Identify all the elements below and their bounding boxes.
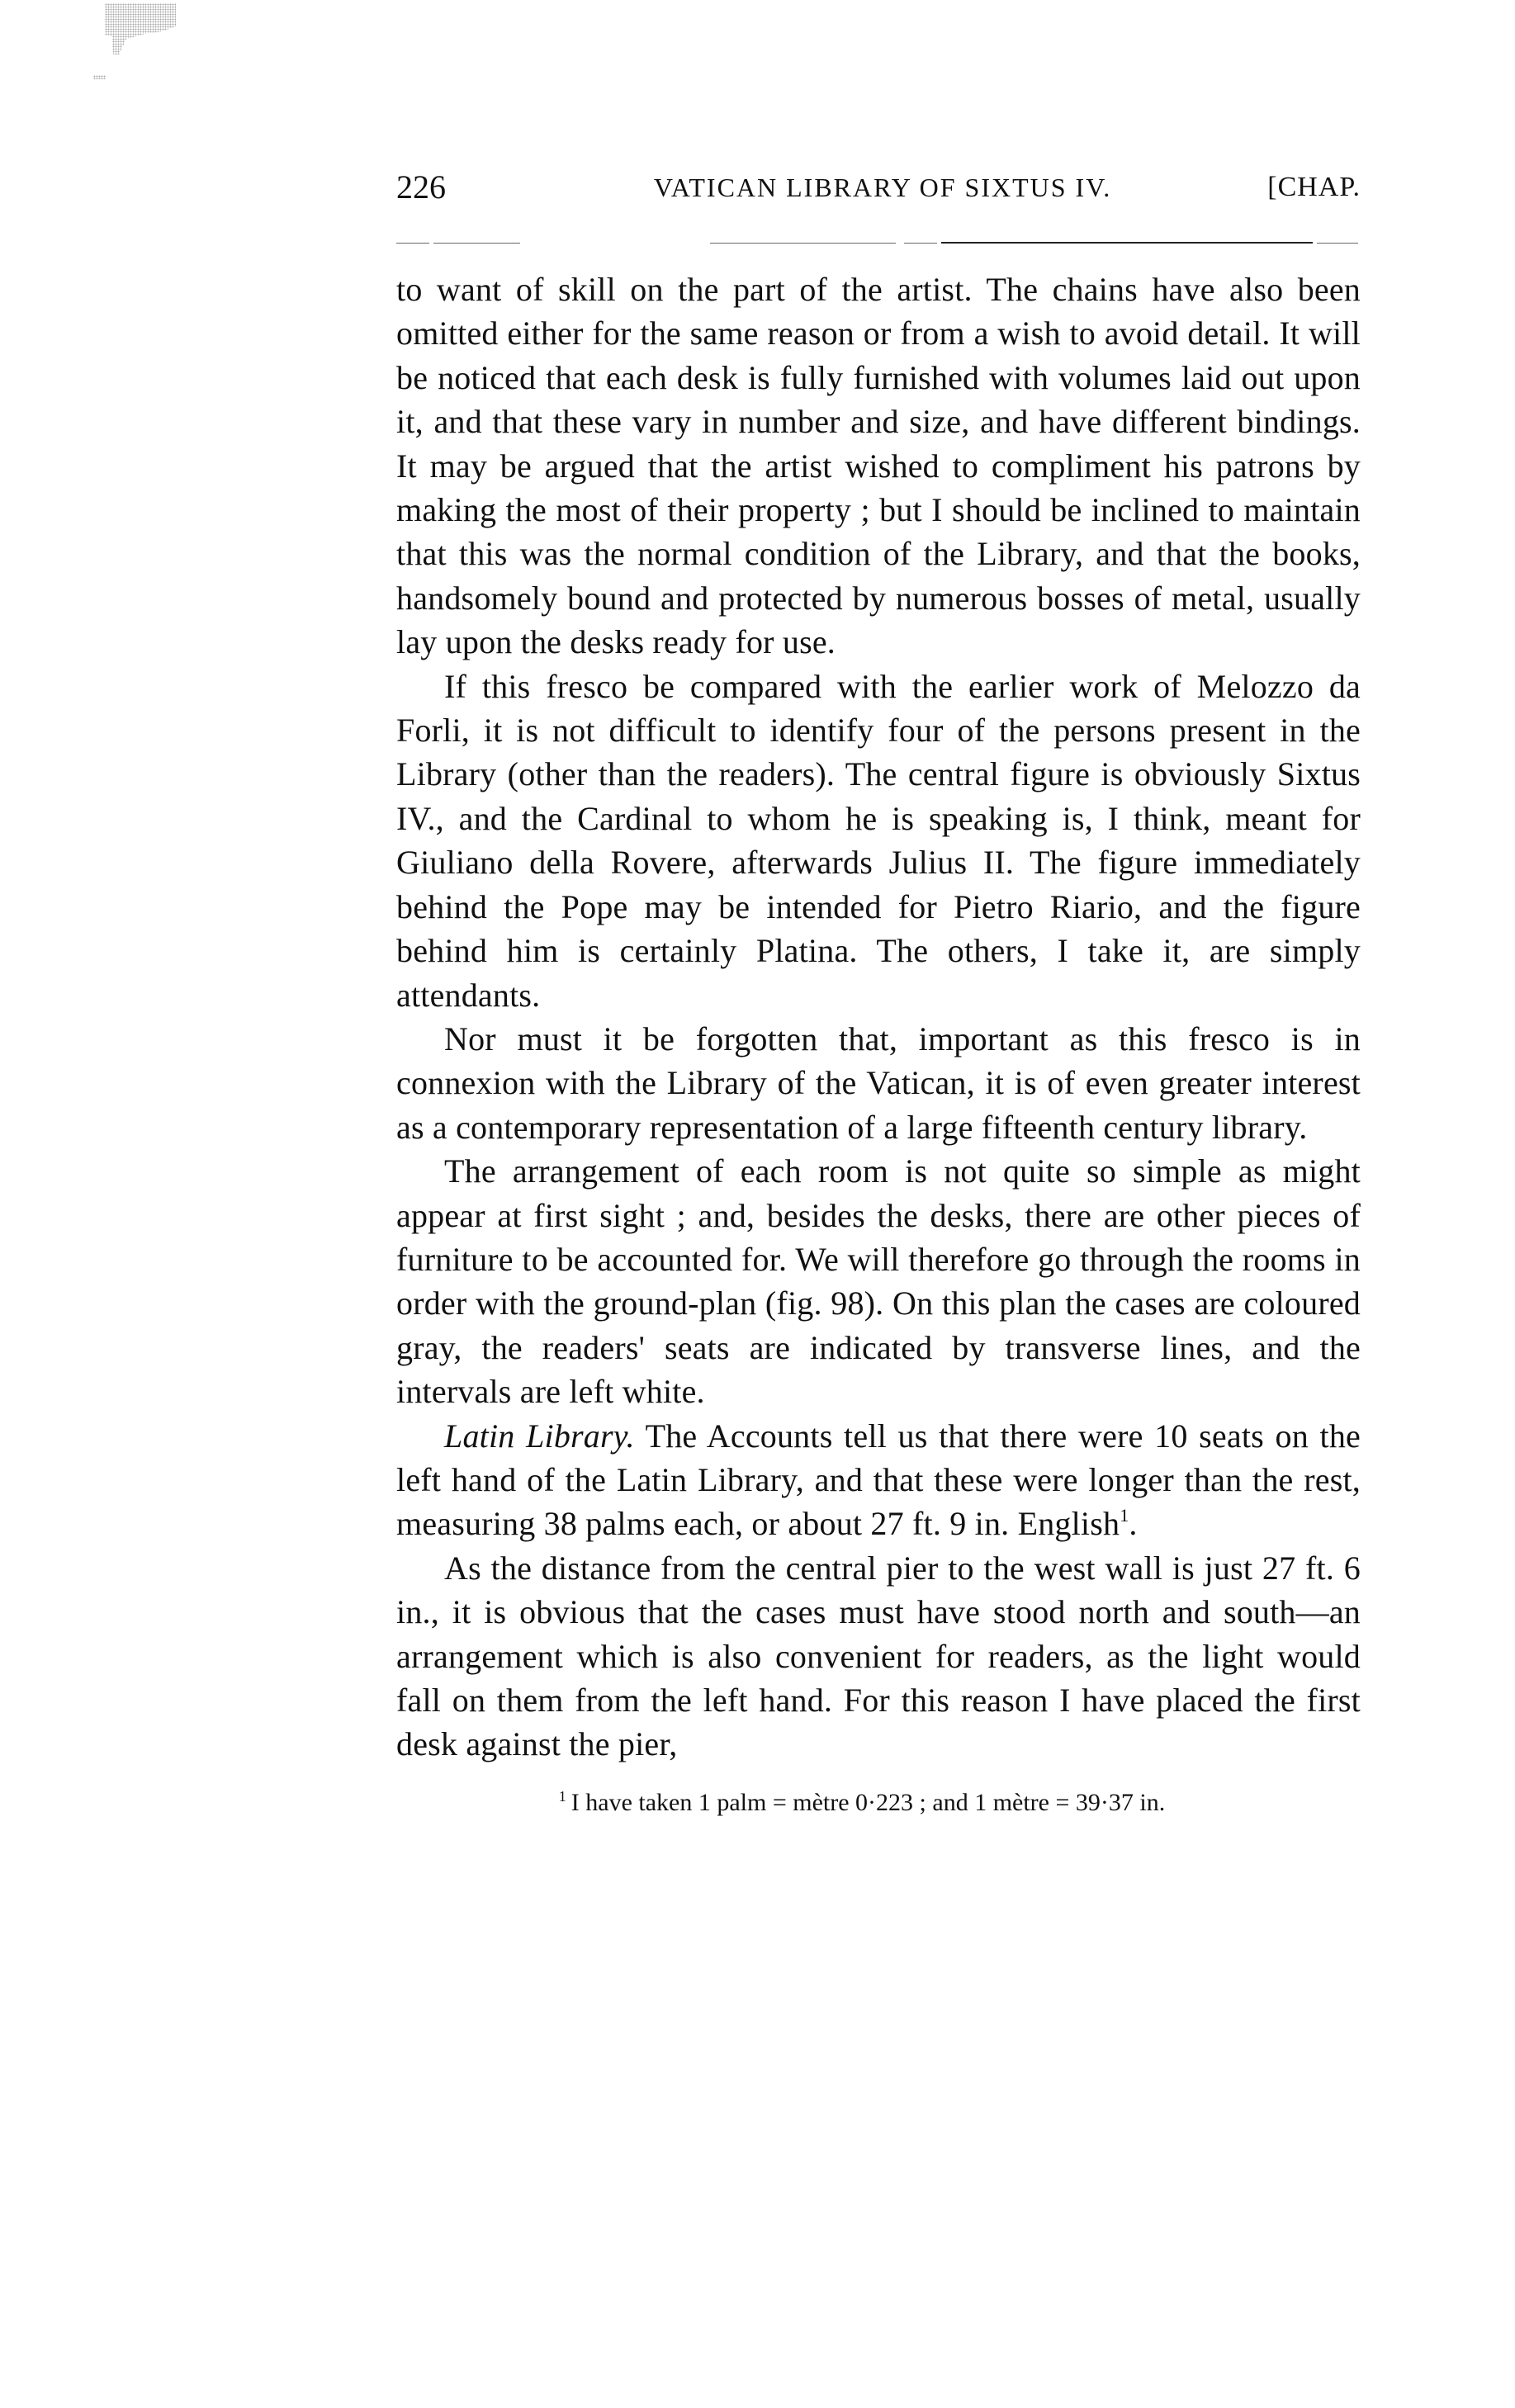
paragraph: The arrangement of each room is not quit… <box>396 1149 1361 1413</box>
book-page: 226 VATICAN LIBRARY OF SIXTUS IV. [CHAP.… <box>396 165 1361 1819</box>
rule-segment <box>433 243 520 244</box>
paragraph-text-end: . <box>1129 1505 1137 1542</box>
rule-segment <box>904 243 937 244</box>
footnote-number: 1 <box>559 1788 566 1805</box>
paragraph: If this fresco be compared with the earl… <box>396 665 1361 1017</box>
paragraph: Nor must it be forgotten that, important… <box>396 1017 1361 1149</box>
footnote-reference[interactable]: 1 <box>1120 1505 1129 1526</box>
rule-segment <box>941 242 1313 244</box>
header-rule <box>396 238 1361 249</box>
chapter-mark: [CHAP. <box>1267 165 1361 210</box>
paragraph: As the distance from the central pier to… <box>396 1546 1361 1767</box>
footnote: 1I have taken 1 palm = mètre 0·223 ; and… <box>396 1786 1361 1819</box>
paragraph-latin-library: Latin Library. The Accounts tell us that… <box>396 1414 1361 1546</box>
rule-segment <box>1317 243 1358 244</box>
footnote-text: I have taken 1 palm = mètre 0·223 ; and … <box>571 1789 1165 1816</box>
rule-segment <box>396 243 429 244</box>
scan-artifact-dot <box>93 75 106 79</box>
running-title: VATICAN LIBRARY OF SIXTUS IV. <box>396 165 1361 210</box>
body-text: to want of skill on the part of the arti… <box>396 267 1361 1767</box>
running-head: 226 VATICAN LIBRARY OF SIXTUS IV. [CHAP. <box>396 165 1361 210</box>
scan-artifact <box>105 3 176 54</box>
rule-segment <box>710 243 896 244</box>
paragraph: to want of skill on the part of the arti… <box>396 267 1361 665</box>
section-lead-italic: Latin Library. <box>444 1417 635 1455</box>
